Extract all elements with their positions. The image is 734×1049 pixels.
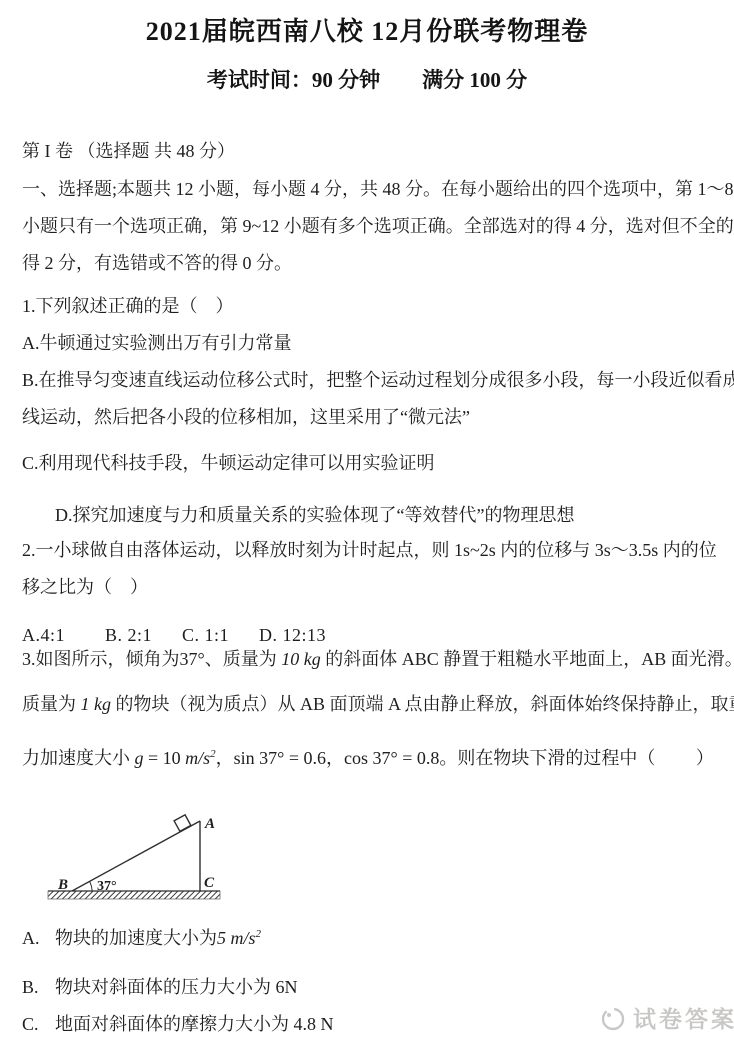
instructions-line-2: 小题只有一个选项正确，第 9~12 小题有多个选项正确。全部选对的得 4 分，选… xyxy=(22,214,734,238)
q3-option-b-text: 物块对斜面体的压力大小为 6N xyxy=(55,977,298,997)
q3-option-a-text: 物块的加速度大小为 xyxy=(55,928,217,948)
q3-option-a-value: 5 xyxy=(217,928,231,948)
question-3-stem-line-1: 3.如图所示，倾角为37°、质量为 10 kg 的斜面体 ABC 静置于粗糙水平… xyxy=(22,647,734,671)
q3-stem3-text: 力加速度大小 xyxy=(22,748,135,768)
question-3-stem-line-3: 力加速度大小 g = 10 m/s2，sin 37° = 0.6，cos 37°… xyxy=(22,746,714,770)
q3-option-b-label: B. xyxy=(22,975,55,999)
exam-page: 2021届皖西南八校 12月份联考物理卷 考试时间：90 分钟 满分 100 分… xyxy=(0,0,734,1049)
q3-option-a-label: A. xyxy=(22,926,55,950)
question-1-option-a: A.牛顿通过实验测出万有引力常量 xyxy=(22,331,292,355)
watermark-text: 试卷答案 xyxy=(633,1001,734,1034)
incline-figure: 37° B A C xyxy=(30,795,250,910)
question-1-option-c: C.利用现代科技手段，牛顿运动定律可以用实验证明 xyxy=(22,451,435,475)
q3-stem3-text2: 。则在物块下滑的过程中（ ） xyxy=(439,748,714,768)
vertex-b-label: B xyxy=(57,877,68,893)
section-heading: 第 I 卷 （选择题 共 48 分） xyxy=(22,139,235,163)
watermark-logo-icon xyxy=(598,1003,628,1033)
incline-diagram: 37° B A C xyxy=(30,795,250,910)
question-1-stem: 1.下列叙述正确的是（ ） xyxy=(22,294,234,318)
instructions-line-1: 一、选择题;本题共 12 小题，每小题 4 分，共 48 分。在每小题给出的四个… xyxy=(22,177,734,201)
q3-stem2-text2: 的物块（视为质点）从 AB 面顶端 A 点由静止释放，斜面体始终保持静止，取重 xyxy=(111,694,734,714)
question-2-stem-line-1: 2.一小球做自由落体运动，以释放时刻为计时起点，则 1s~2s 内的位移与 3s… xyxy=(22,538,717,562)
question-3-option-c: C.地面对斜面体的摩擦力大小为 4.8 N xyxy=(22,1012,334,1036)
question-3-option-a: A.物块的加速度大小为5 m/s2 xyxy=(22,926,261,950)
q3-gravity-equals: = 10 xyxy=(144,748,186,768)
q3-stem1-mass-value: 10 kg xyxy=(281,649,321,669)
q3-gravity-unit: m/s xyxy=(185,748,210,768)
q3-option-a-unit: m/s xyxy=(231,928,256,948)
vertex-a-label: A xyxy=(204,816,215,832)
q3-stem1-angle-value: 37° xyxy=(180,649,205,669)
angle-arc xyxy=(90,881,93,891)
q3-stem1-text3: 的斜面体 ABC 静置于粗糙水平地面上，AB 面光滑。 xyxy=(321,649,734,669)
question-3-stem-line-2: 质量为 1 kg 的物块（视为质点）从 AB 面顶端 A 点由静止释放，斜面体始… xyxy=(22,692,734,716)
page-title: 2021届皖西南八校 12月份联考物理卷 xyxy=(0,20,734,44)
q3-option-a-exponent: 2 xyxy=(256,928,262,940)
question-1-option-b-line-1: B.在推导匀变速直线运动位移公式时，把整个运动过程划分成很多小段，每一小段近似看… xyxy=(22,368,734,392)
q3-stem3-comma: ， xyxy=(216,748,234,768)
instructions-line-3: 得 2 分，有选错或不答的得 0 分。 xyxy=(22,251,292,275)
rough-ground-hatch xyxy=(48,891,220,899)
watermark: 试卷答案 xyxy=(598,1001,734,1034)
question-1-option-b-line-2: 线运动，然后把各小段的位移相加，这里采用了“微元法” xyxy=(22,405,470,429)
q3-stem2-mass-value: 1 kg xyxy=(81,694,112,714)
question-1-option-d: D.探究加速度与力和质量关系的实验体现了“等效替代”的物理思想 xyxy=(55,503,574,527)
exam-info: 考试时间：90 分钟 满分 100 分 xyxy=(0,68,734,92)
block-on-incline xyxy=(174,815,191,832)
question-3-option-b: B.物块对斜面体的压力大小为 6N xyxy=(22,975,298,999)
q3-stem1-text2: 、质量为 xyxy=(205,649,282,669)
question-2-stem-line-2: 移之比为（ ） xyxy=(22,575,148,599)
vertex-c-label: C xyxy=(204,875,215,891)
q3-stem2-text: 质量为 xyxy=(22,694,81,714)
q3-option-c-label: C. xyxy=(22,1012,55,1036)
question-2-options: A.4:1 B. 2:1 C. 1:1 D. 12:13 xyxy=(22,623,326,647)
q3-gravity-variable: g xyxy=(135,748,144,768)
q3-option-c-text: 地面对斜面体的摩擦力大小为 4.8 N xyxy=(55,1014,334,1034)
angle-label: 37° xyxy=(97,879,117,894)
q3-stem1-text: 3.如图所示，倾角为 xyxy=(22,649,180,669)
q3-trig-values: sin 37° = 0.6，cos 37° = 0.8 xyxy=(234,748,440,768)
